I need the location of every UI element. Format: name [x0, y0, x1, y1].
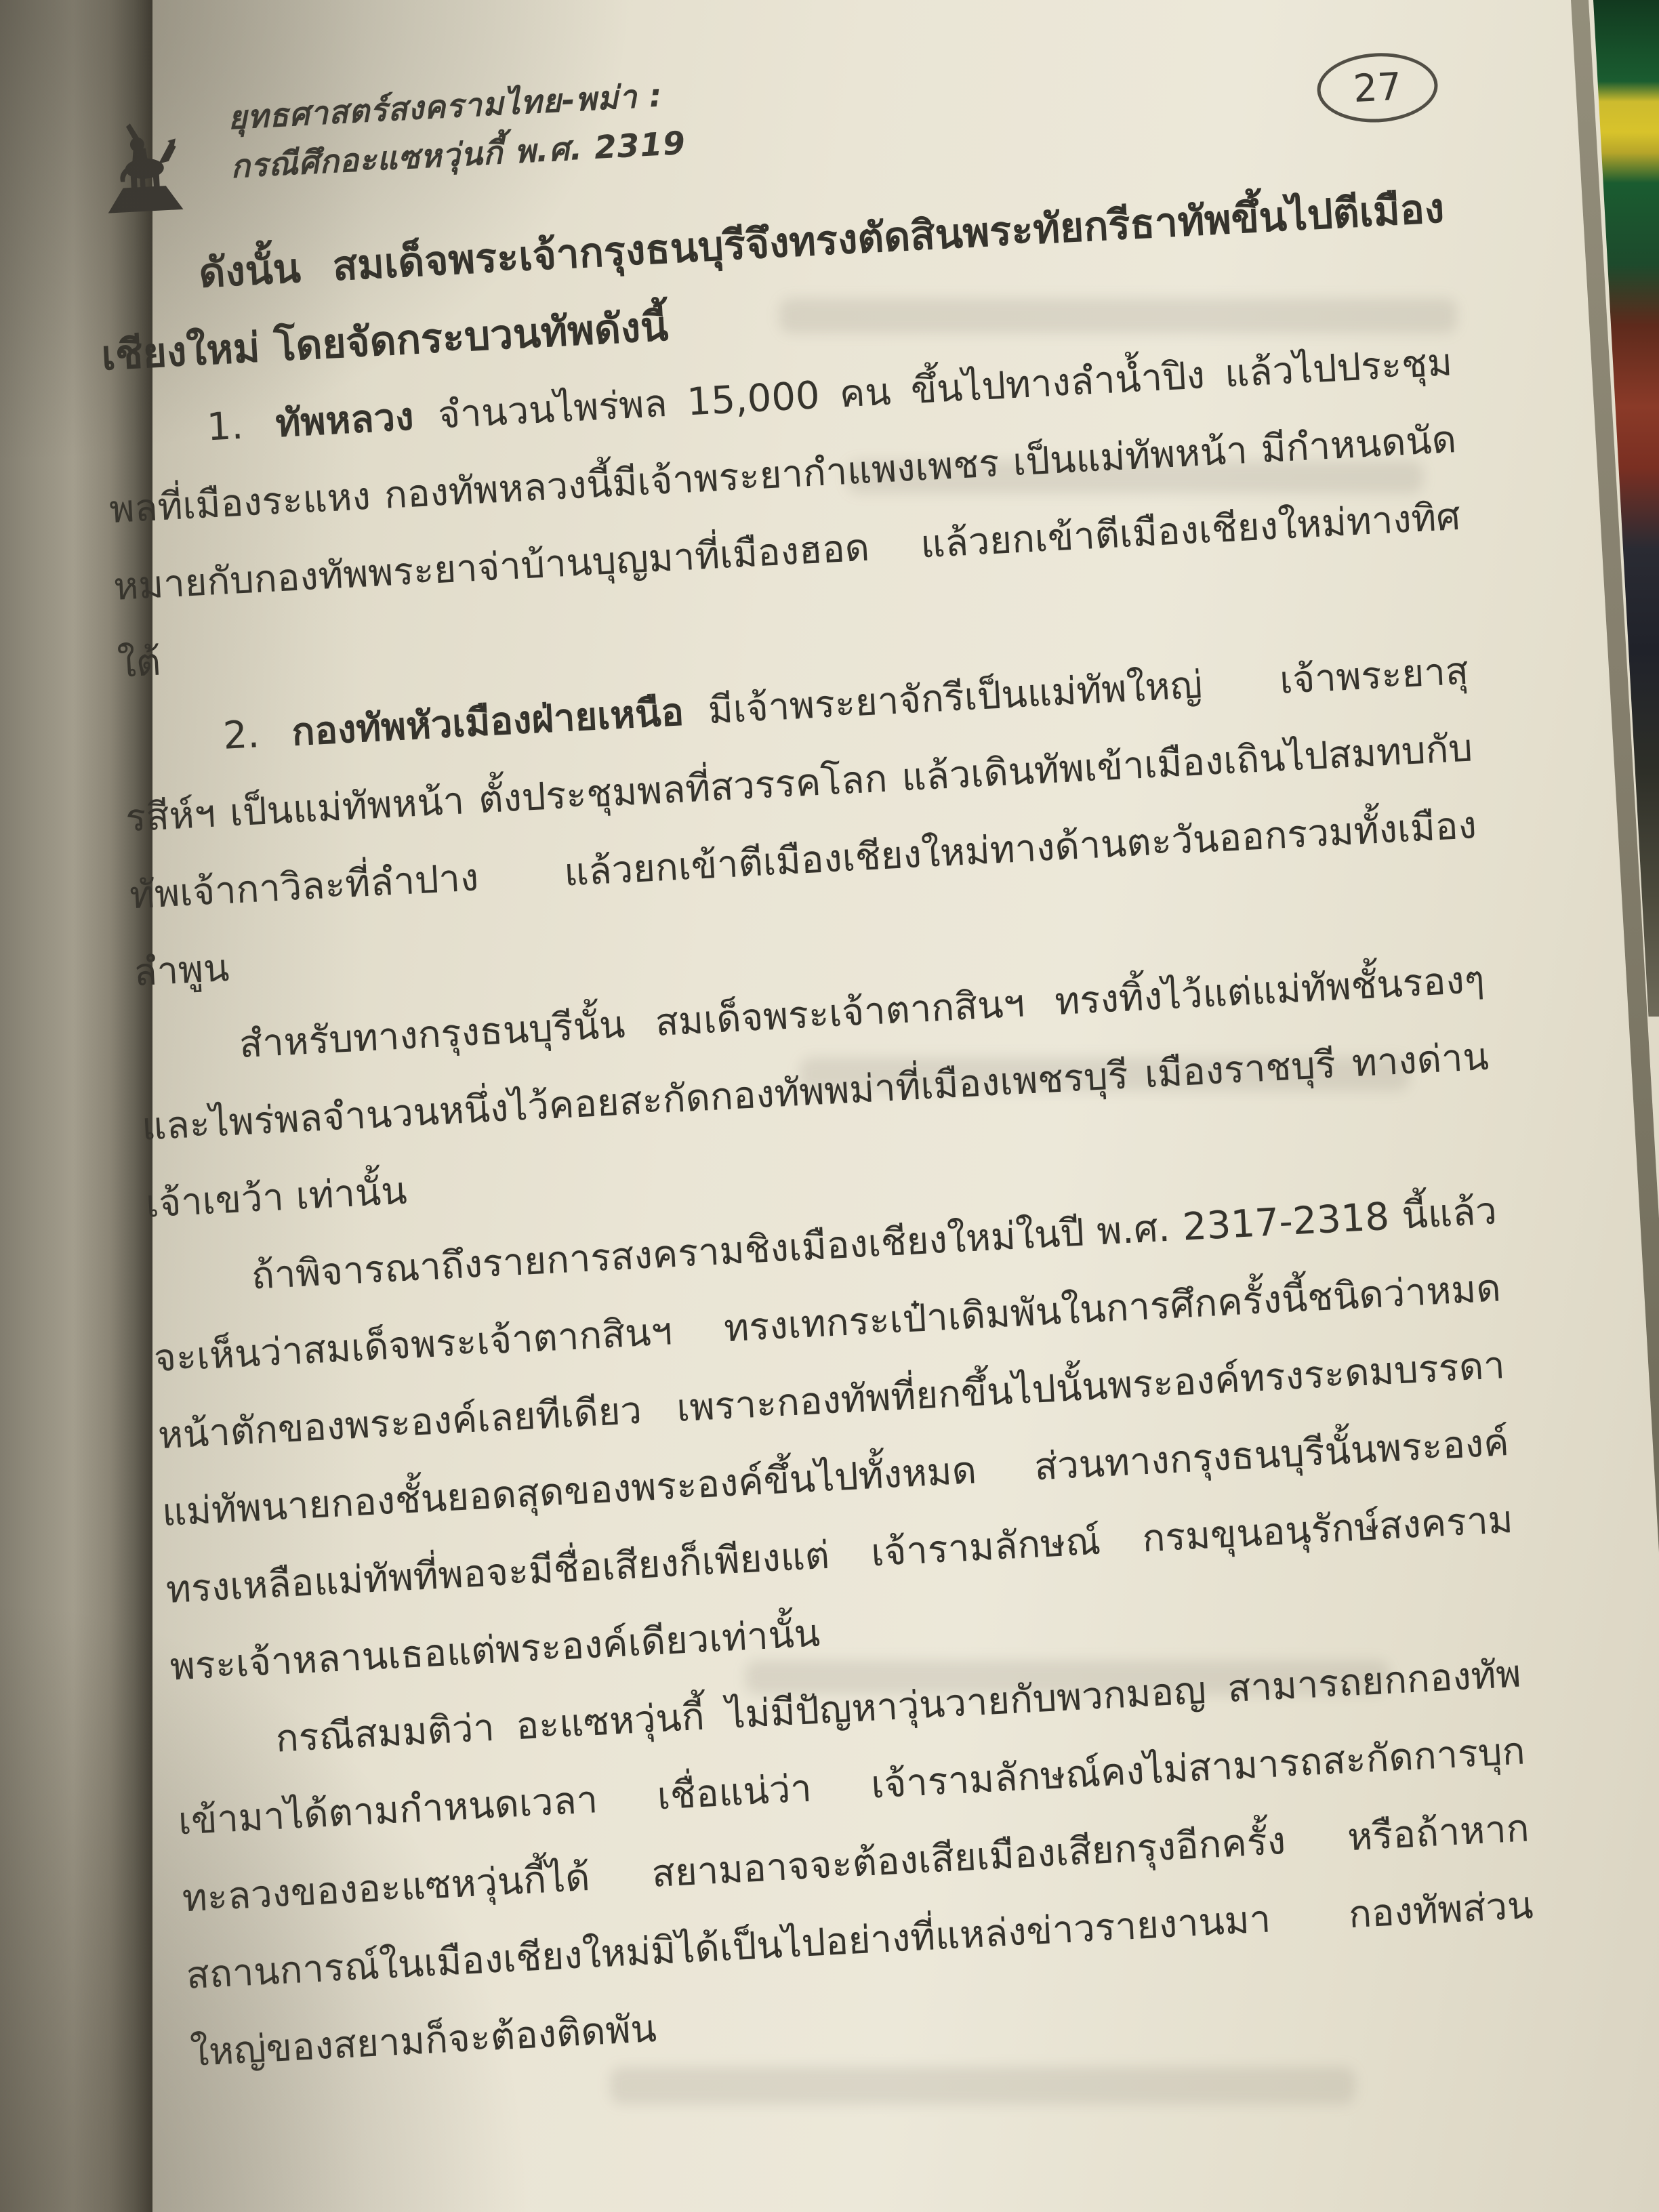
- list-item-1-number: 1.: [206, 404, 245, 450]
- list-item-1-text: จำนวนไพร่พล 15,000 คน ขึ้นไปทางลำน้ำปิง …: [108, 340, 1462, 687]
- list-item-2-title: กองทัพหัวเมืองฝ่ายเหนือ: [291, 690, 685, 754]
- list-item-2-text: มีเจ้าพระยาจักรีเป็นแม่ทัพใหญ่ เจ้าพระยา…: [125, 649, 1478, 996]
- paragraph: ถ้าพิจารณาถึงรายการสงครามชิงเมืองเชียงให…: [148, 1173, 1519, 1706]
- book-photo: ยุทธศาสตร์สงครามไทย-พม่า : กรณีศึกอะแซหว…: [0, 0, 1659, 2212]
- paragraph: กรณีสมมติว่า อะแซหวุ่นกี้ ไม่มีปัญหาวุ่น…: [172, 1636, 1539, 2092]
- page-number: 27: [1352, 64, 1403, 111]
- list-item-2-number: 2.: [222, 712, 261, 758]
- printed-content: ยุทธศาสตร์สงครามไทย-พม่า : กรณีศึกอะแซหว…: [88, 31, 1539, 2092]
- body-text: ดังนั้น สมเด็จพระเจ้ากรุงธนบุรีจึงทรงตัด…: [96, 170, 1539, 2092]
- equestrian-statue-logo-icon: [89, 103, 196, 220]
- page-number-badge: 27: [1315, 50, 1439, 125]
- list-item-1-title: ทัพหลวง: [274, 395, 415, 447]
- ink-bleed-artifact: [610, 2067, 1355, 2104]
